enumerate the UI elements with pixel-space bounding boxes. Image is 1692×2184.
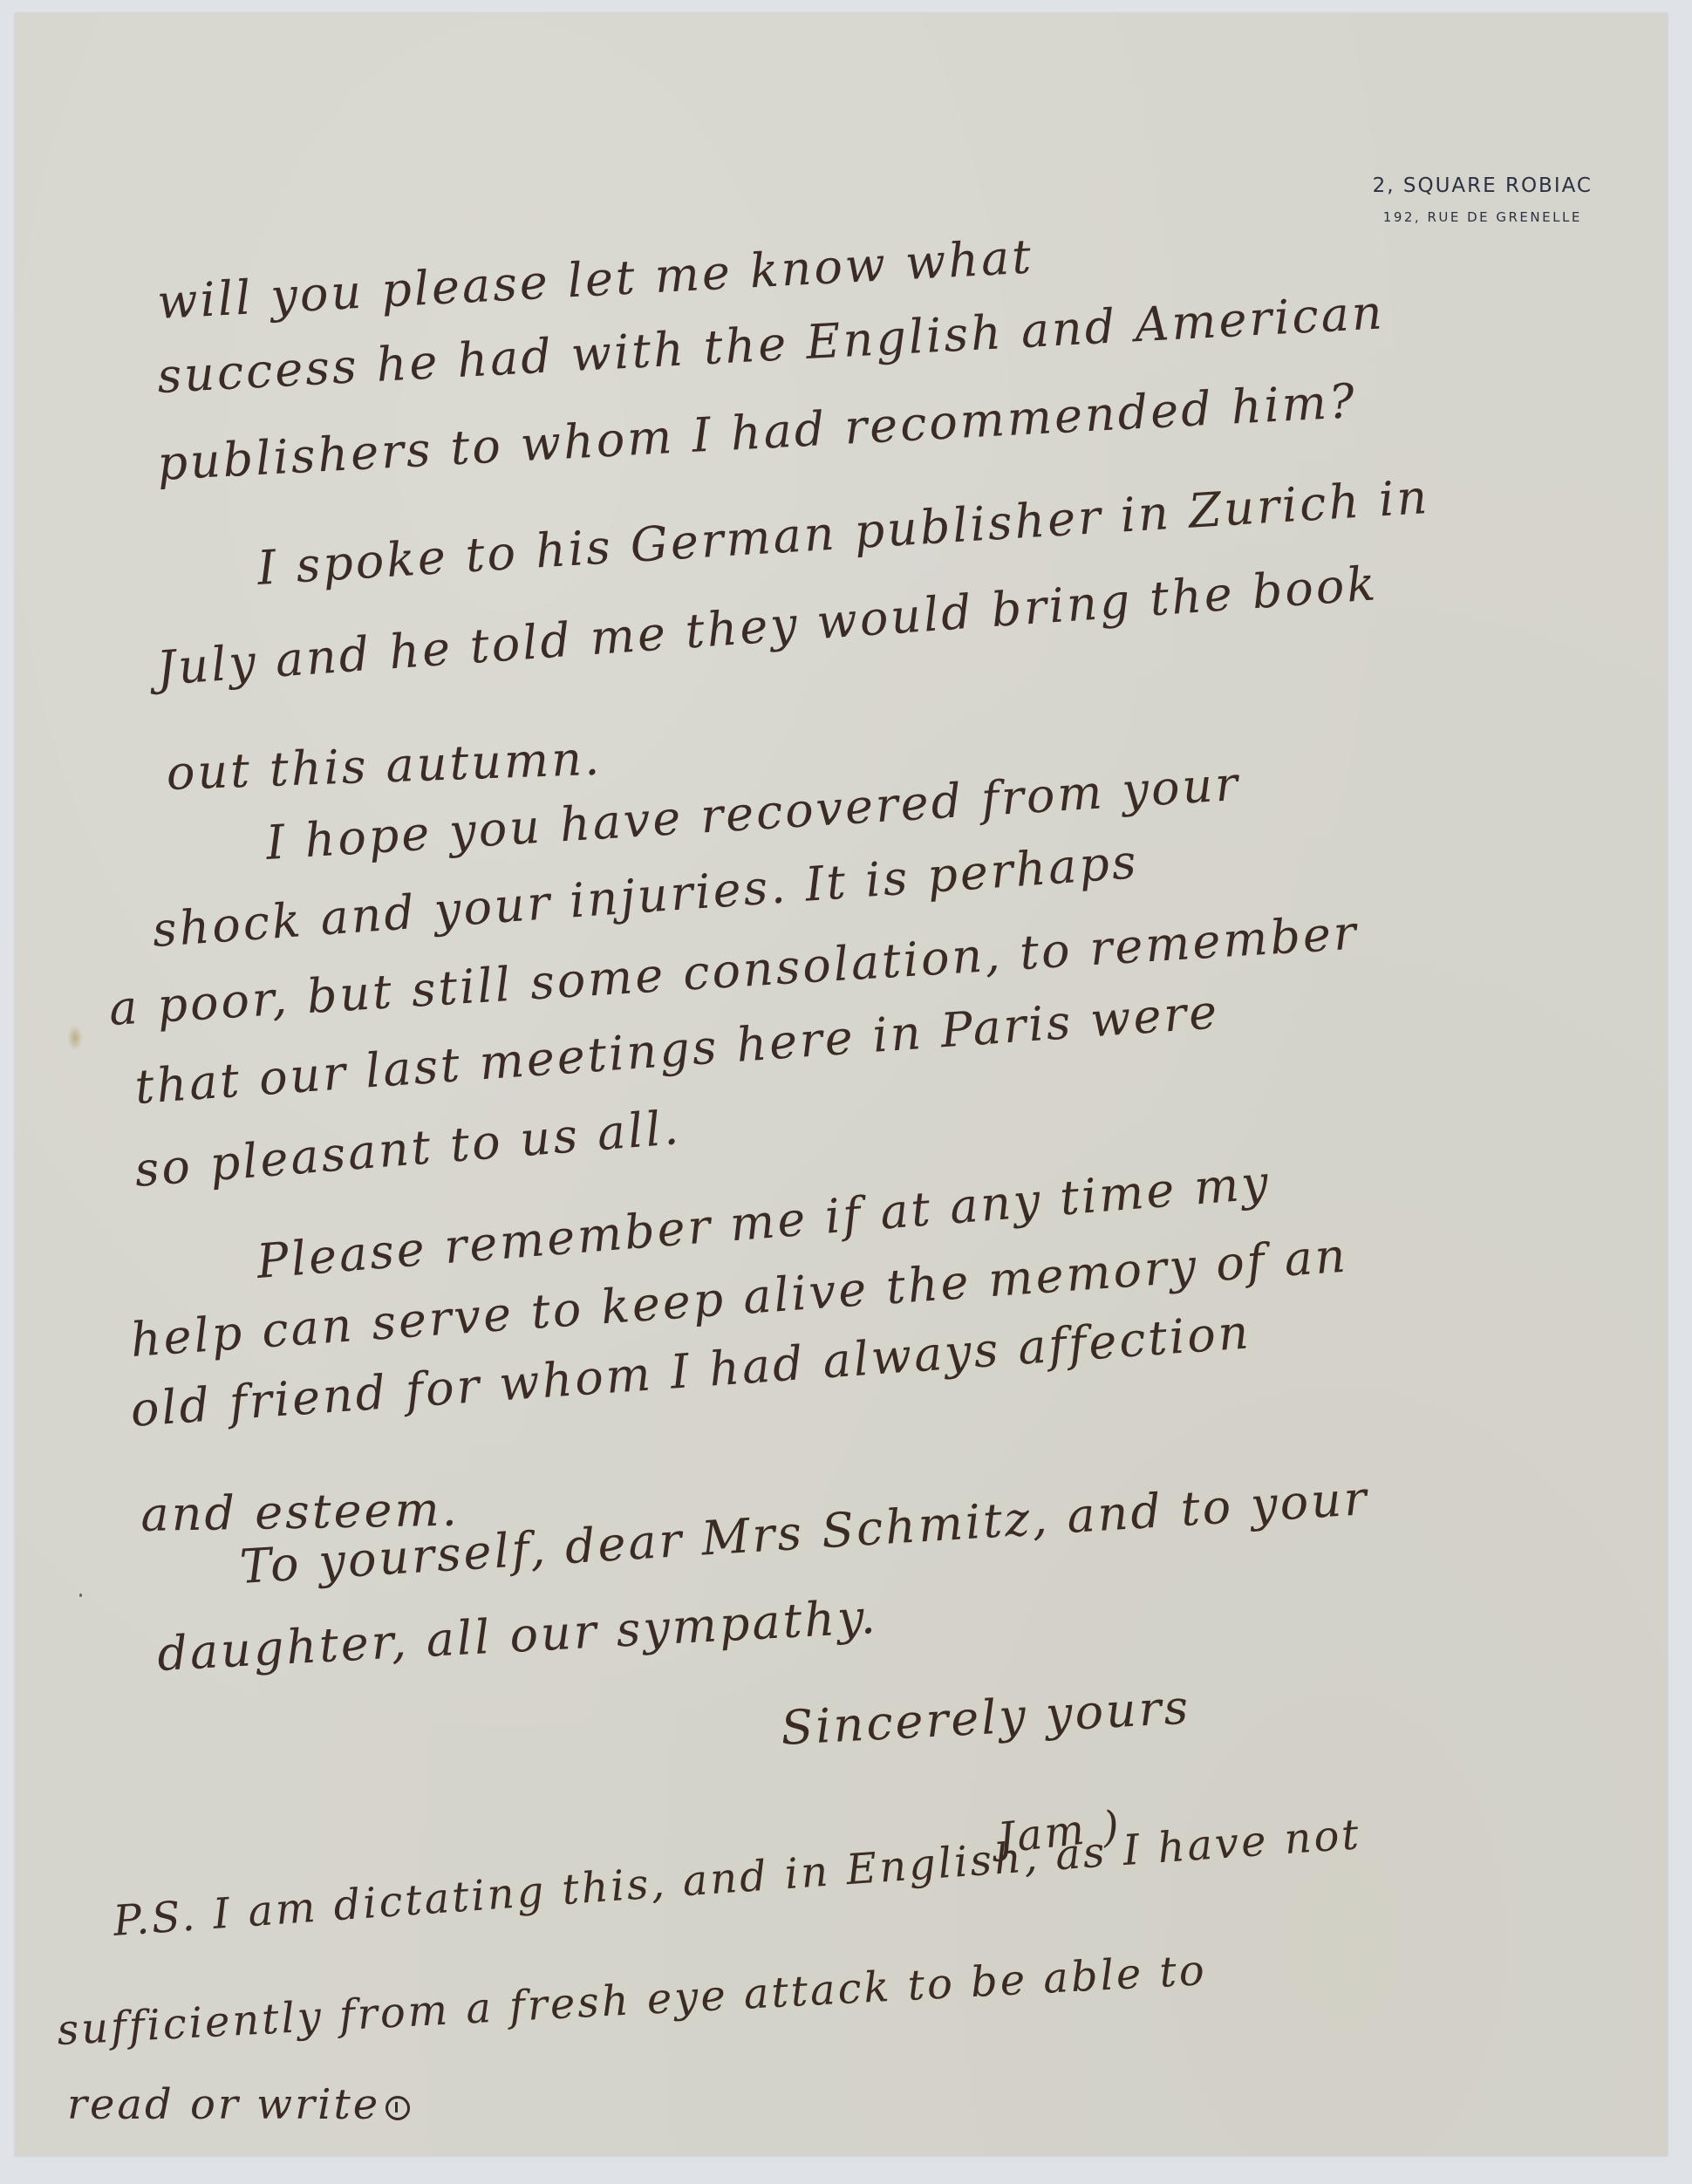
postscript-line: P.S. I am dictating this, and in English… [112, 1810, 1362, 1946]
letterhead: 2, SQUARE ROBIAC 192, RUE DE GRENELLE [1373, 174, 1593, 225]
letter-page: 2, SQUARE ROBIAC 192, RUE DE GRENELLE wi… [15, 13, 1668, 2156]
letter-line: daughter, all our sympathy. [156, 1589, 879, 1682]
letterhead-address-line-1: 2, SQUARE ROBIAC [1373, 174, 1593, 197]
postscript-line: sufficiently from a fresh eye attack to … [56, 1946, 1208, 2055]
ink-stain [67, 1025, 83, 1051]
valediction: Sincerely yours [780, 1679, 1192, 1756]
letter-line: so pleasant to us all. [133, 1100, 683, 1198]
circled-mark-icon [385, 2096, 410, 2120]
letterhead-address-line-2: 192, RUE DE GRENELLE [1373, 209, 1593, 225]
postscript-line-last: read or write [67, 2080, 410, 2129]
letter-line: out this autumn. [166, 731, 603, 801]
paper-speck [79, 1594, 82, 1597]
postscript-line-text: read or write [67, 2080, 380, 2129]
